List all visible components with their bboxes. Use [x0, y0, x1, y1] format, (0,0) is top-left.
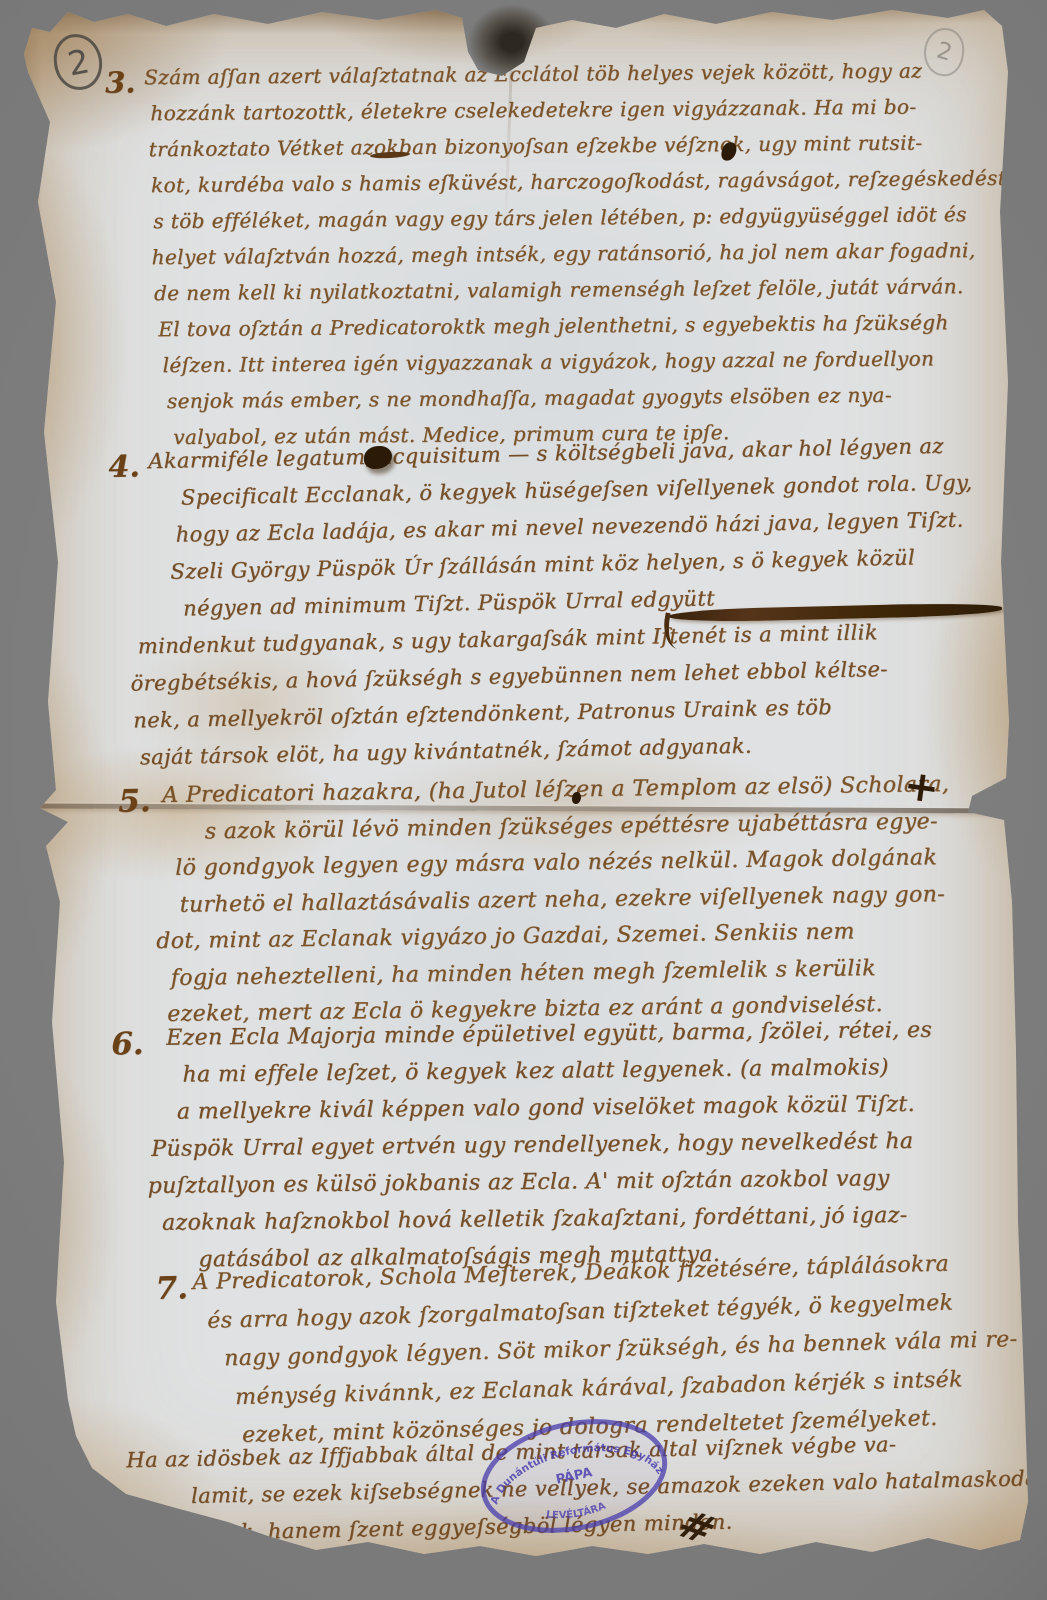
manuscript-line: fogja neheztelleni, ha minden héten megh… — [171, 956, 877, 991]
stained-edge-left — [16, 2, 42, 1562]
manuscript-line: hogy az Ecla ladája, es akar mi nevel ne… — [175, 508, 963, 547]
manuscript-line: turhetö el hallaztásávalis azert neha, e… — [180, 882, 946, 918]
paragraph-number: 6. — [111, 1026, 144, 1062]
ink-cross-mark: + — [901, 760, 943, 813]
manuscript-line: mindenkut tudgyanak, s ugy takargaſsák m… — [138, 620, 879, 658]
manuscript-line: El tova oſztán a Predicatoroktk megh jel… — [158, 310, 949, 341]
folio-circle-top-left: 2 — [52, 32, 105, 92]
folio-number-top-right: 2 — [933, 37, 954, 66]
burned-edge-top-right — [536, 2, 1008, 24]
manuscript-line: nagy gondgyok légyen. Söt mikor ſzükségh… — [224, 1327, 1018, 1371]
manuscript-line: Specificalt Ecclanak, ö kegyek hüségeſse… — [181, 470, 973, 509]
folio-number-top-left: 2 — [64, 41, 92, 83]
ink-strikethrough — [668, 602, 1002, 623]
manuscript-line: saját társok elöt, ha ugy kivántatnék, ſ… — [140, 734, 752, 770]
paragraph-number: 8. — [60, 1449, 92, 1485]
page-background: { "folio": { "top_left_number": "2", "to… — [0, 0, 1047, 1600]
manuscript-paper: 2 2 3.Szám aſſan azert válaſztatnak az E… — [16, 2, 1030, 1562]
manuscript-line: kot, kurdéba valo s hamis eſküvést, harc… — [151, 166, 1006, 197]
manuscript-line: öregbétsékis, a hová ſzükségh s egyebünn… — [130, 657, 888, 696]
manuscript-line: dot, mint az Eclanak vigyázo jo Gazdai, … — [156, 919, 855, 954]
paragraph-number: 3. — [105, 65, 136, 99]
paragraph-number: 7. — [155, 1270, 188, 1307]
manuscript-line: Szám aſſan azert válaſztatnak az Eccláto… — [144, 59, 922, 90]
manuscript-line: Püspök Urral egyet ertvén ugy rendellyen… — [151, 1129, 913, 1162]
manuscript-line: de nem kell ki nyilatkoztatni, valamigh … — [154, 274, 964, 305]
pencil-squiggle — [774, 1550, 916, 1560]
manuscript-line: négyen ad minimum Tiſzt. Püspök Urral ed… — [183, 586, 715, 620]
manuscript-line: nek, a mellyekröl oſztán eſztendönkent, … — [133, 695, 832, 732]
manuscript-line: s töb efféléket, magán vagy egy társ jel… — [153, 202, 967, 233]
manuscript-line: Szeli György Püspök Úr ſzállásán mint kö… — [170, 545, 915, 583]
manuscript-line: azoknak haſznokbol hová kelletik ſzakaſz… — [162, 1203, 908, 1236]
manuscript-line: A Predicatori hazakra, (ha Jutol léſzen … — [162, 772, 949, 808]
burned-edge-top-left — [16, 2, 482, 34]
paragraph-number: 4. — [108, 449, 140, 485]
manuscript-line: hozzánk tartozottk, életekre cselekedete… — [150, 95, 916, 126]
manuscript-line: ha mi effele leſzet, ö kegyek kez alatt … — [182, 1055, 889, 1087]
manuscript-line: lö gondgyok legyen egy másra valo nézés … — [175, 845, 937, 881]
paragraph-5: 5.A Predicatori hazakra, (ha Jutol léſze… — [16, 771, 1030, 785]
manuscript-line: puſztallyon es külsö jokbanis az Ecla. A… — [148, 1166, 890, 1199]
manuscript-line: tránkoztato Vétket azokban bizonyoſsan e… — [149, 131, 923, 162]
manuscript-line: helyet válaſztván hozzá, megh intsék, eg… — [152, 238, 976, 269]
manuscript-line: ménység kivánnk, ez Eclanak kárával, ſza… — [235, 1367, 963, 1410]
folio-circle-top-right: 2 — [920, 25, 968, 79]
manuscript-line: léſzen. Itt interea igén vigyazzanak a v… — [163, 346, 935, 377]
manuscript-line: senjok más ember, s ne mondhaſſa, magada… — [167, 383, 892, 413]
manuscript-line: és arra hogy azok ſzorgalmatoſsan tiſzte… — [207, 1291, 954, 1334]
manuscript-line: s azok körül lévö minden ſzükséges epétt… — [205, 809, 938, 844]
manuscript-line: a mellyekre kivál képpen valo gond visel… — [177, 1092, 915, 1125]
paragraph-number: 5. — [118, 783, 151, 819]
